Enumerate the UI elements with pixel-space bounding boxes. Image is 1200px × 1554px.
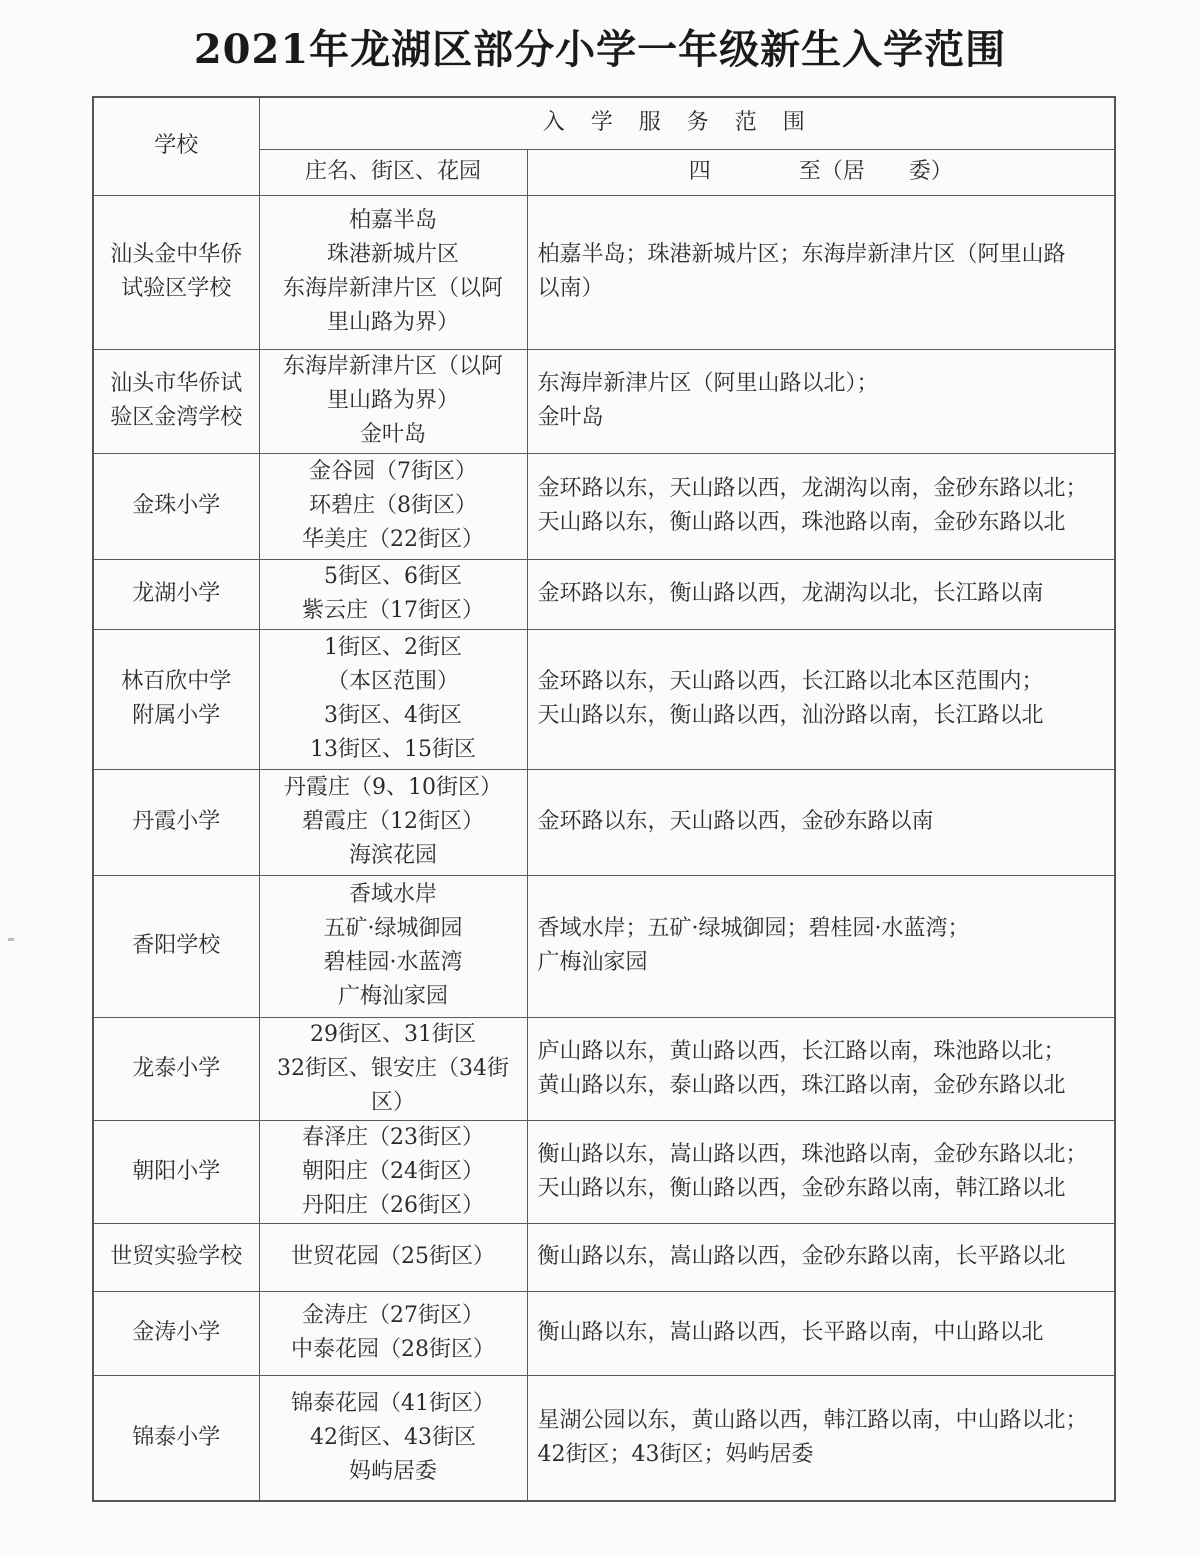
table-row: 锦泰小学锦泰花园（41街区）42街区、43街区妈屿居委星湖公园以东，黄山路以西，… (93, 1375, 1115, 1501)
school-line: 龙泰小学 (100, 1052, 253, 1086)
table-row: 汕头市华侨试验区金湾学校东海岸新津片区（以阿里山路为界）金叶岛东海岸新津片区（阿… (93, 349, 1115, 453)
page-title: 2021年龙湖区部分小学一年级新生入学范围 (0, 18, 1200, 75)
boundaries-line: 黄山路以东，泰山路以西，珠江路以南，金砂东路以北 (538, 1069, 1109, 1103)
neighborhoods-line: 5街区、6街区 (266, 560, 521, 594)
school-cell: 龙泰小学 (93, 1017, 259, 1120)
neighborhoods-cell: 锦泰花园（41街区）42街区、43街区妈屿居委 (259, 1375, 527, 1501)
neighborhoods-line: 广梅汕家园 (266, 980, 521, 1014)
table-row: 龙泰小学29街区、31街区32街区、银安庄（34街区）庐山路以东，黄山路以西，长… (93, 1017, 1115, 1120)
boundaries-cell: 金环路以东，衡山路以西，龙湖沟以北，长江路以南 (527, 559, 1115, 629)
school-line: 附属小学 (100, 699, 253, 733)
neighborhoods-line: 32街区、银安庄（34街 (266, 1052, 521, 1086)
boundaries-line: 以南） (538, 272, 1109, 306)
neighborhoods-line: 环碧庄（8街区） (266, 489, 521, 523)
school-line: 试验区学校 (100, 272, 253, 306)
neighborhoods-line: 丹霞庄（9、10街区） (266, 771, 521, 805)
boundaries-cell: 香域水岸；五矿·绿城御园；碧桂园·水蓝湾；广梅汕家园 (527, 875, 1115, 1017)
neighborhoods-line: 海滨花园 (266, 839, 521, 873)
school-cell: 金珠小学 (93, 453, 259, 559)
neighborhoods-line: 碧霞庄（12街区） (266, 805, 521, 839)
boundaries-line: 金环路以东，天山路以西，龙湖沟以南，金砂东路以北； (538, 472, 1109, 506)
table-row: 香阳学校香域水岸五矿·绿城御园碧桂园·水蓝湾广梅汕家园香域水岸；五矿·绿城御园；… (93, 875, 1115, 1017)
header-service-scope: 入学服务范围 (259, 97, 1115, 149)
neighborhoods-cell: 5街区、6街区紫云庄（17街区） (259, 559, 527, 629)
table-row: 世贸实验学校世贸花园（25街区）衡山路以东，嵩山路以西，金砂东路以南，长平路以北 (93, 1223, 1115, 1291)
neighborhoods-line: 柏嘉半岛 (266, 204, 521, 238)
boundaries-line: 金环路以东，衡山路以西，龙湖沟以北，长江路以南 (538, 577, 1109, 611)
boundaries-line: 金叶岛 (538, 401, 1109, 435)
boundaries-line: 金环路以东，天山路以西，长江路以北本区范围内； (538, 665, 1109, 699)
neighborhoods-line: 1街区、2街区 (266, 631, 521, 665)
boundaries-line: 广梅汕家园 (538, 946, 1109, 980)
neighborhoods-line: 区） (266, 1086, 521, 1120)
school-line: 锦泰小学 (100, 1421, 253, 1455)
neighborhoods-line: 里山路为界） (266, 384, 521, 418)
boundaries-cell: 柏嘉半岛；珠港新城片区；东海岸新津片区（阿里山路以南） (527, 195, 1115, 349)
neighborhoods-line: 紫云庄（17街区） (266, 594, 521, 628)
neighborhoods-cell: 东海岸新津片区（以阿里山路为界）金叶岛 (259, 349, 527, 453)
school-line: 世贸实验学校 (100, 1240, 253, 1274)
boundaries-cell: 金环路以东，天山路以西，龙湖沟以南，金砂东路以北；天山路以东，衡山路以西，珠池路… (527, 453, 1115, 559)
header-boundaries: 四 至（居 委） (527, 149, 1115, 195)
school-line: 林百欣中学 (100, 665, 253, 699)
boundaries-line: 衡山路以东，嵩山路以西，金砂东路以南，长平路以北 (538, 1240, 1109, 1274)
neighborhoods-cell: 柏嘉半岛珠港新城片区东海岸新津片区（以阿里山路为界） (259, 195, 527, 349)
neighborhoods-line: 妈屿居委 (266, 1455, 521, 1489)
school-line: 朝阳小学 (100, 1155, 253, 1189)
school-cell: 朝阳小学 (93, 1120, 259, 1223)
school-line: 龙湖小学 (100, 577, 253, 611)
boundaries-line: 星湖公园以东，黄山路以西，韩江路以南，中山路以北； (538, 1404, 1109, 1438)
boundaries-cell: 东海岸新津片区（阿里山路以北）；金叶岛 (527, 349, 1115, 453)
header-school: 学校 (93, 97, 259, 195)
boundaries-line: 天山路以东，衡山路以西，金砂东路以南，韩江路以北 (538, 1172, 1109, 1206)
scan-mark (8, 938, 14, 941)
boundaries-line: 天山路以东，衡山路以西，珠池路以南，金砂东路以北 (538, 506, 1109, 540)
boundaries-cell: 星湖公园以东，黄山路以西，韩江路以南，中山路以北；42街区；43街区；妈屿居委 (527, 1375, 1115, 1501)
neighborhoods-line: 华美庄（22街区） (266, 523, 521, 557)
neighborhoods-line: 13街区、15街区 (266, 733, 521, 767)
boundaries-cell: 金环路以东，天山路以西，金砂东路以南 (527, 769, 1115, 875)
neighborhoods-cell: 金谷园（7街区）环碧庄（8街区）华美庄（22街区） (259, 453, 527, 559)
school-line: 汕头市华侨试 (100, 367, 253, 401)
school-cell: 锦泰小学 (93, 1375, 259, 1501)
boundaries-cell: 衡山路以东，嵩山路以西，长平路以南，中山路以北 (527, 1291, 1115, 1375)
school-cell: 金涛小学 (93, 1291, 259, 1375)
neighborhoods-line: 东海岸新津片区（以阿 (266, 350, 521, 384)
neighborhoods-line: 朝阳庄（24街区） (266, 1155, 521, 1189)
boundaries-cell: 衡山路以东，嵩山路以西，金砂东路以南，长平路以北 (527, 1223, 1115, 1291)
neighborhoods-line: 春泽庄（23街区） (266, 1121, 521, 1155)
school-line: 验区金湾学校 (100, 401, 253, 435)
boundaries-line: 42街区；43街区；妈屿居委 (538, 1438, 1109, 1472)
school-cell: 汕头市华侨试验区金湾学校 (93, 349, 259, 453)
school-line: 金珠小学 (100, 489, 253, 523)
boundaries-line: 金环路以东，天山路以西，金砂东路以南 (538, 805, 1109, 839)
school-cell: 世贸实验学校 (93, 1223, 259, 1291)
neighborhoods-line: 东海岸新津片区（以阿 (266, 272, 521, 306)
enrollment-table: 学校 入学服务范围 庄名、街区、花园 四 至（居 委） 汕头金中华侨试验区学校柏… (92, 96, 1116, 1502)
neighborhoods-line: 中泰花园（28街区） (266, 1333, 521, 1367)
table-row: 金珠小学金谷园（7街区）环碧庄（8街区）华美庄（22街区）金环路以东，天山路以西… (93, 453, 1115, 559)
neighborhoods-cell: 1街区、2街区（本区范围）3街区、4街区13街区、15街区 (259, 629, 527, 769)
neighborhoods-cell: 春泽庄（23街区）朝阳庄（24街区）丹阳庄（26街区） (259, 1120, 527, 1223)
boundaries-line: 东海岸新津片区（阿里山路以北）； (538, 367, 1109, 401)
school-cell: 香阳学校 (93, 875, 259, 1017)
neighborhoods-line: 金叶岛 (266, 418, 521, 452)
neighborhoods-line: 珠港新城片区 (266, 238, 521, 272)
neighborhoods-cell: 29街区、31街区32街区、银安庄（34街区） (259, 1017, 527, 1120)
neighborhoods-line: 42街区、43街区 (266, 1421, 521, 1455)
boundaries-cell: 庐山路以东，黄山路以西，长江路以南，珠池路以北；黄山路以东，泰山路以西，珠江路以… (527, 1017, 1115, 1120)
table-row: 汕头金中华侨试验区学校柏嘉半岛珠港新城片区东海岸新津片区（以阿里山路为界）柏嘉半… (93, 195, 1115, 349)
boundaries-line: 衡山路以东，嵩山路以西，长平路以南，中山路以北 (538, 1316, 1109, 1350)
school-cell: 丹霞小学 (93, 769, 259, 875)
boundaries-cell: 金环路以东，天山路以西，长江路以北本区范围内；天山路以东，衡山路以西，汕汾路以南… (527, 629, 1115, 769)
neighborhoods-line: 3街区、4街区 (266, 699, 521, 733)
neighborhoods-line: 丹阳庄（26街区） (266, 1189, 521, 1223)
table-row: 林百欣中学附属小学1街区、2街区（本区范围）3街区、4街区13街区、15街区金环… (93, 629, 1115, 769)
header-neighborhoods: 庄名、街区、花园 (259, 149, 527, 195)
boundaries-line: 柏嘉半岛；珠港新城片区；东海岸新津片区（阿里山路 (538, 238, 1109, 272)
neighborhoods-line: 金谷园（7街区） (266, 455, 521, 489)
neighborhoods-line: 香域水岸 (266, 878, 521, 912)
table-row: 龙湖小学5街区、6街区紫云庄（17街区）金环路以东，衡山路以西，龙湖沟以北，长江… (93, 559, 1115, 629)
boundaries-line: 天山路以东，衡山路以西，汕汾路以南，长江路以北 (538, 699, 1109, 733)
table-row: 朝阳小学春泽庄（23街区）朝阳庄（24街区）丹阳庄（26街区）衡山路以东，嵩山路… (93, 1120, 1115, 1223)
neighborhoods-cell: 香域水岸五矿·绿城御园碧桂园·水蓝湾广梅汕家园 (259, 875, 527, 1017)
boundaries-line: 衡山路以东，嵩山路以西，珠池路以南，金砂东路以北； (538, 1138, 1109, 1172)
neighborhoods-line: 世贸花园（25街区） (266, 1240, 521, 1274)
neighborhoods-line: 锦泰花园（41街区） (266, 1387, 521, 1421)
neighborhoods-line: 五矿·绿城御园 (266, 912, 521, 946)
school-line: 丹霞小学 (100, 805, 253, 839)
neighborhoods-line: 29街区、31街区 (266, 1018, 521, 1052)
boundaries-cell: 衡山路以东，嵩山路以西，珠池路以南，金砂东路以北；天山路以东，衡山路以西，金砂东… (527, 1120, 1115, 1223)
school-cell: 林百欣中学附属小学 (93, 629, 259, 769)
neighborhoods-line: 金涛庄（27街区） (266, 1299, 521, 1333)
neighborhoods-cell: 丹霞庄（9、10街区）碧霞庄（12街区）海滨花园 (259, 769, 527, 875)
boundaries-line: 香域水岸；五矿·绿城御园；碧桂园·水蓝湾； (538, 912, 1109, 946)
school-cell: 汕头金中华侨试验区学校 (93, 195, 259, 349)
school-line: 金涛小学 (100, 1316, 253, 1350)
header-row-1: 学校 入学服务范围 (93, 97, 1115, 149)
neighborhoods-cell: 金涛庄（27街区）中泰花园（28街区） (259, 1291, 527, 1375)
school-line: 香阳学校 (100, 929, 253, 963)
table-row: 金涛小学金涛庄（27街区）中泰花园（28街区）衡山路以东，嵩山路以西，长平路以南… (93, 1291, 1115, 1375)
neighborhoods-line: （本区范围） (266, 665, 521, 699)
neighborhoods-line: 里山路为界） (266, 306, 521, 340)
school-cell: 龙湖小学 (93, 559, 259, 629)
neighborhoods-line: 碧桂园·水蓝湾 (266, 946, 521, 980)
table-row: 丹霞小学丹霞庄（9、10街区）碧霞庄（12街区）海滨花园金环路以东，天山路以西，… (93, 769, 1115, 875)
boundaries-line: 庐山路以东，黄山路以西，长江路以南，珠池路以北； (538, 1035, 1109, 1069)
school-line: 汕头金中华侨 (100, 238, 253, 272)
neighborhoods-cell: 世贸花园（25街区） (259, 1223, 527, 1291)
